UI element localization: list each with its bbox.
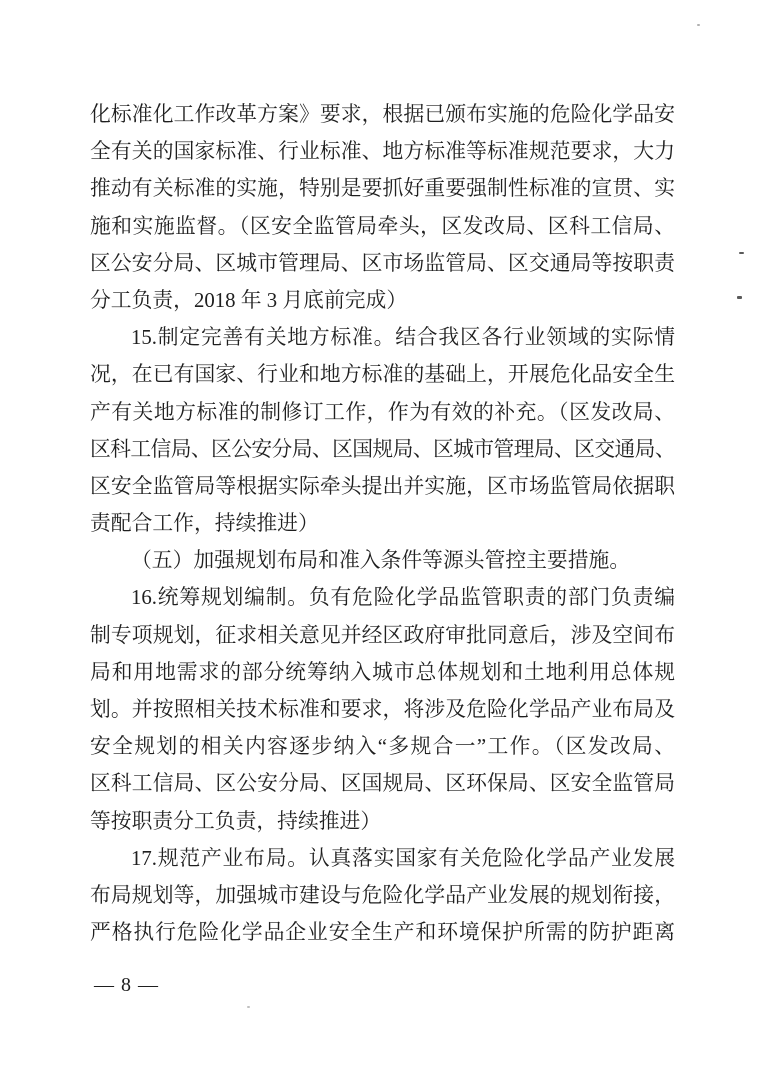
text-line: 况，在已有国家、行业和地方标准的基础上，开展危化品安全生 xyxy=(90,356,675,393)
text-line: 等按职责分工负责，持续推进） xyxy=(90,803,675,840)
text-line: 责配合工作，持续推进） xyxy=(90,505,675,542)
scan-artifact xyxy=(737,296,742,299)
text-line: 区安全监管局等根据实际牵头提出并实施，区市场监管局依据职 xyxy=(90,468,675,505)
item-16-line: 16.统筹规划编制。负有危险化学品监管职责的部门负责编 xyxy=(90,579,675,616)
text-line: 推动有关标准的实施，特别是要抓好重要强制性标准的宣贯、实 xyxy=(90,170,675,207)
scan-artifact xyxy=(739,252,744,254)
text-line: 施和实施监督。（区安全监管局牵头，区发改局、区科工信局、 xyxy=(90,208,675,245)
section-heading: （五）加强规划布局和准入条件等源头管控主要措施。 xyxy=(90,542,675,579)
scan-artifact xyxy=(697,24,700,26)
text-line: 制专项规划，征求相关意见并经区政府审批同意后，涉及空间布 xyxy=(90,617,675,654)
text-line: 严格执行危险化学品企业安全生产和环境保护所需的防护距离 xyxy=(90,914,675,951)
text-line: 化标准化工作改革方案》要求，根据已颁布实施的危险化学品安 xyxy=(90,96,675,133)
text-line: 产有关地方标准的制修订工作，作为有效的补充。（区发改局、 xyxy=(90,394,675,431)
text-line: 区科工信局、区公安分局、区国规局、区环保局、区安全监管局 xyxy=(90,765,675,802)
document-body: 化标准化工作改革方案》要求，根据已颁布实施的危险化学品安 全有关的国家标准、行业… xyxy=(90,96,675,951)
text-line: 布局规划等，加强城市建设与危险化学品产业发展的规划衔接， xyxy=(90,877,675,914)
text-line: 区科工信局、区公安分局、区国规局、区城市管理局、区交通局、 xyxy=(90,431,675,468)
text-line: 分工负责，2018 年 3 月底前完成） xyxy=(90,282,675,319)
text-line: 划。并按照相关技术标准和要求，将涉及危险化学品产业布局及 xyxy=(90,691,675,728)
page-number: — 8 — xyxy=(94,973,159,997)
text-line: 安全规划的相关内容逐步纳入“多规合一”工作。（区发改局、 xyxy=(90,728,675,765)
item-17-line: 17.规范产业布局。认真落实国家有关危险化学品产业发展 xyxy=(90,840,675,877)
item-15-line: 15.制定完善有关地方标准。结合我区各行业领域的实际情 xyxy=(90,319,675,356)
text-line: 全有关的国家标准、行业标准、地方标准等标准规范要求，大力 xyxy=(90,133,675,170)
scanned-document-page: 化标准化工作改革方案》要求，根据已颁布实施的危险化学品安 全有关的国家标准、行业… xyxy=(0,0,762,1078)
text-line: 局和用地需求的部分统筹纳入城市总体规划和土地利用总体规 xyxy=(90,654,675,691)
scan-artifact xyxy=(247,1006,250,1008)
text-line: 区公安分局、区城市管理局、区市场监管局、区交通局等按职责 xyxy=(90,245,675,282)
